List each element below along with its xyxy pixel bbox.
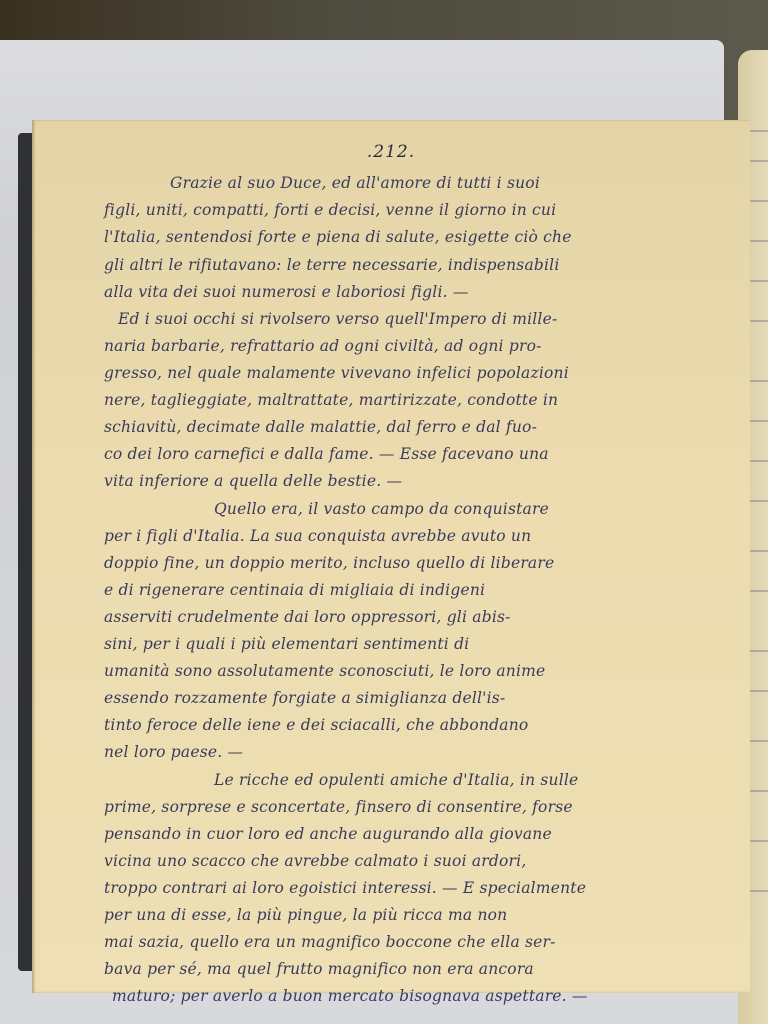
text-line: asserviti crudelmente dai loro oppressor… — [104, 608, 511, 626]
text-line: gresso, nel quale malamente vivevano inf… — [104, 364, 569, 382]
text-line: sini, per i quali i più elementari senti… — [104, 635, 469, 653]
text-line: gli altri le rifiutavano: le terre neces… — [104, 256, 560, 274]
text-line: co dei loro carnefici e dalla fame. — Es… — [104, 445, 549, 463]
text-line: Le ricche ed opulenti amiche d'Italia, i… — [104, 771, 578, 789]
text-line: l'Italia, sentendosi forte e piena di sa… — [104, 228, 572, 246]
text-line: mai sazia, quello era un magnifico bocco… — [104, 933, 556, 951]
text-line: per i figli d'Italia. La sua conquista a… — [104, 527, 531, 545]
manuscript-page: .212. Grazie al suo Duce, ed all'amore d… — [32, 120, 750, 993]
text-line: tinto feroce delle iene e dei sciacalli,… — [104, 716, 528, 734]
text-line: per una di esse, la più pingue, la più r… — [104, 906, 507, 924]
text-line: Ed i suoi occhi si rivolsero verso quell… — [104, 310, 557, 328]
text-line: nel loro paese. — — [104, 743, 243, 761]
text-line: maturo; per averlo a buon mercato bisogn… — [104, 987, 588, 1005]
text-line: nere, taglieggiate, maltrattate, martiri… — [104, 391, 558, 409]
text-line: vicina uno scacco che avrebbe calmato i … — [104, 852, 526, 870]
text-line: Quello era, il vasto campo da conquistar… — [104, 500, 549, 518]
text-line: prime, sorprese e sconcertate, finsero d… — [104, 798, 573, 816]
text-line: naria barbarie, refrattario ad ogni civi… — [104, 337, 542, 355]
text-line: bava per sé, ma quel frutto magnifico no… — [104, 960, 534, 978]
text-line: figli, uniti, compatti, forti e decisi, … — [104, 201, 556, 219]
text-line: e di rigenerare centinaia di migliaia di… — [104, 581, 485, 599]
text-line: doppio fine, un doppio merito, incluso q… — [104, 554, 554, 572]
text-line: schiavitù, decimate dalle malattie, dal … — [104, 418, 537, 436]
text-line: umanità sono assolutamente sconosciuti, … — [104, 662, 545, 680]
text-line: essendo rozzamente forgiate a simiglianz… — [104, 689, 505, 707]
text-line: alla vita dei suoi numerosi e laboriosi … — [104, 283, 469, 301]
text-line: Grazie al suo Duce, ed all'amore di tutt… — [104, 174, 540, 192]
text-line: troppo contrari ai loro egoistici intere… — [104, 879, 586, 897]
page-number: .212. — [32, 142, 750, 162]
text-line: vita inferiore a quella delle bestie. — — [104, 472, 402, 490]
text-line: pensando in cuor loro ed anche augurando… — [104, 825, 552, 843]
